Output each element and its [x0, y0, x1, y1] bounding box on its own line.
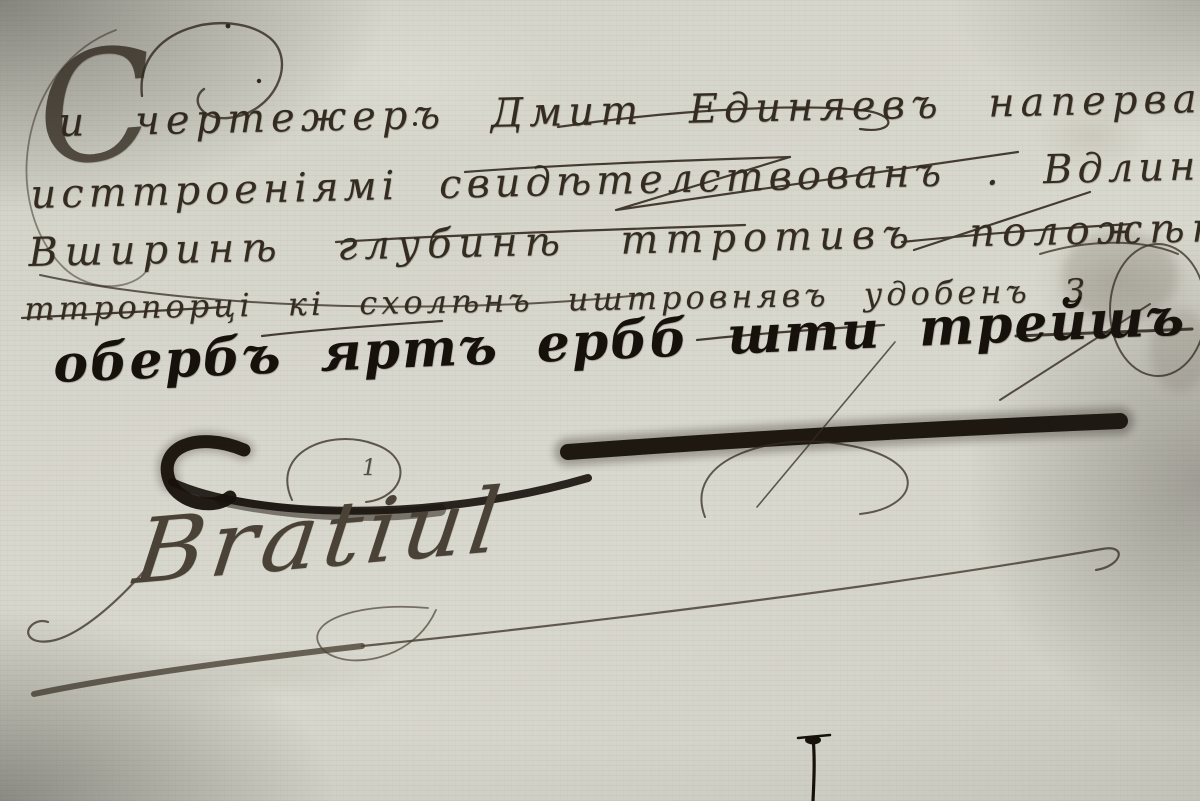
manuscript-photo: С и чертежеръ Дмит Единяевъ напервамй ис…: [0, 0, 1200, 801]
stray-mark: 1: [362, 456, 376, 481]
corner-tick-mark: [798, 735, 830, 801]
